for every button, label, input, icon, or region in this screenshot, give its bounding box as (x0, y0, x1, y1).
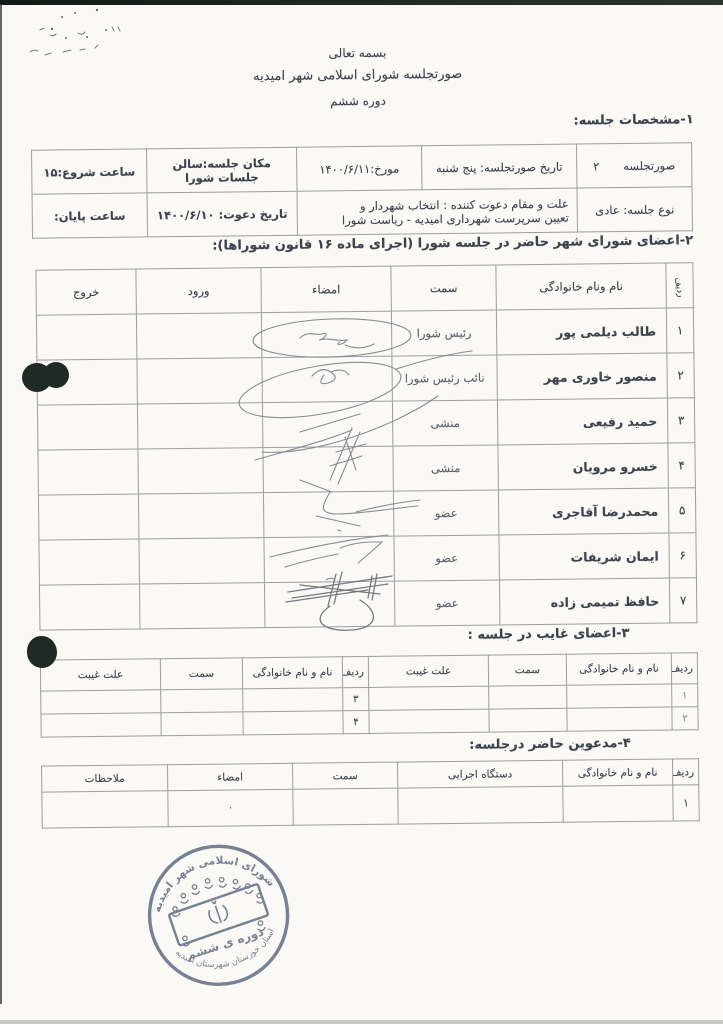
member-entry-cell (136, 313, 262, 359)
record-number: ۲ (593, 159, 599, 173)
end-time-cell: ساعت پایان: (32, 193, 147, 238)
member-exit-cell (37, 404, 138, 450)
col-exit: خروج (36, 269, 137, 315)
invite-reason-line2: تعیین سرپرست شهرداری امیدیه - ریاست شورا (302, 210, 569, 227)
present-members-table: ردیف نام ونام خانوادگی سمت امضاء ورود خر… (35, 262, 697, 630)
col-full-name: نام و نام خانوادگی (562, 759, 672, 786)
member-no: ۵ (668, 488, 696, 533)
col-agency: دستگاه اجرایی (398, 760, 563, 788)
member-position: عضو (394, 580, 500, 626)
member-name: ایمان شریفات (499, 533, 669, 580)
member-exit-cell (39, 584, 140, 630)
member-entry-cell (137, 358, 263, 404)
member-entry-cell (138, 448, 264, 494)
absent-position-cell (489, 685, 567, 709)
record-cell: صورتجلسه ۲ (577, 143, 692, 188)
member-position: منشی (393, 445, 499, 491)
absent-no: ۲ (672, 707, 698, 730)
document-term: دوره ششم (0, 90, 720, 112)
bismillah-text: بسمه تعالی (0, 42, 719, 64)
col-signature: امضاء (261, 266, 392, 312)
members-header-row: ردیف نام ونام خانوادگی سمت امضاء ورود خر… (36, 263, 693, 315)
member-no: ۳ (667, 398, 695, 443)
member-no: ۲ (667, 353, 695, 398)
record-label: صورتجلسه (623, 158, 675, 173)
member-no: ۱ (666, 308, 694, 353)
guest-no: ۱ (673, 785, 699, 821)
col-entry: ورود (136, 268, 262, 314)
col-absence-reason: علت غیبت (40, 659, 160, 691)
absent-no: ۳ (343, 687, 369, 710)
member-signature-cell (264, 536, 395, 582)
member-position: رئیس شورا (391, 310, 497, 356)
guests-table: ردیف نام و نام خانوادگی دستگاه اجرایی سم… (41, 758, 700, 828)
dated-cell: مورخ:۱۴۰۰/۶/۱۱ (297, 146, 422, 191)
member-name: طالب دیلمی پور (496, 308, 666, 355)
member-signature-cell (264, 581, 395, 627)
member-name: منصور خاوری مهر (497, 353, 667, 400)
member-position: عضو (394, 535, 500, 581)
guest-position-cell (293, 788, 398, 825)
guest-agency-cell (398, 786, 563, 824)
col-full-name: نام و نام خانوادگی (242, 657, 342, 689)
guest-notes-cell (42, 791, 168, 828)
absent-reason-cell (369, 709, 489, 733)
member-row: ۱ طالب دیلمی پور رئیس شورا (36, 308, 693, 360)
member-position: عضو (393, 490, 499, 536)
col-full-name: نام ونام خانوادگی (496, 263, 666, 310)
member-name: خسرو مرویان (498, 443, 668, 490)
member-position: نائب رئیس شورا (392, 355, 498, 401)
absent-name-cell (567, 684, 672, 708)
ink-blot (27, 636, 57, 668)
section-2-title: ۲-اعضای شورای شهر حاضر در جلسه شورا (اجر… (212, 233, 693, 253)
section-3-title: ۳-اعضای غایب در جلسه : (468, 626, 630, 643)
member-exit-cell (39, 539, 140, 585)
col-notes: ملاحظات (42, 765, 168, 792)
member-signature-cell (261, 311, 392, 357)
member-signature-cell (262, 401, 393, 447)
member-name: حمید رفیعی (497, 398, 667, 445)
member-row: ۵ محمدرضا آقاجری عضو (38, 488, 695, 540)
col-absence-reason: علت غیبت (368, 655, 488, 687)
iran-emblem-icon (205, 898, 230, 926)
invite-reason-cell: علت و مقام دعوت کننده : انتخاب شهردار و … (297, 188, 577, 235)
member-no: ۷ (669, 578, 697, 623)
meeting-info-table: صورتجلسه ۲ تاریخ صورتجلسه: پنج شنبه مورخ… (31, 142, 693, 238)
member-row: ۶ ایمان شریفات عضو (39, 533, 696, 585)
ink-blot (43, 362, 69, 388)
member-signature-cell (263, 491, 394, 537)
section-4-title: ۴-مدعوین حاضر درجلسه: (469, 736, 631, 753)
section-1-title: ۱-مشخصات جلسه: (573, 112, 693, 128)
document-title: صورتجلسه شورای اسلامی شهر امیدیه (0, 64, 719, 87)
col-signature: امضاء (168, 763, 293, 790)
absent-position-cell (161, 712, 243, 736)
absent-position-cell (161, 689, 243, 713)
col-row-number: ردیف (342, 656, 368, 687)
scanned-meeting-minutes-page: { "header": { "bismillah": "بسمه تعالی",… (0, 0, 723, 1024)
member-name: حافظ تمیمی زاده (499, 578, 669, 625)
member-signature-cell (262, 356, 393, 402)
guest-signature-cell: · (168, 789, 293, 826)
col-position: سمت (488, 654, 566, 686)
member-exit-cell (36, 314, 137, 360)
col-row-number: ردیف (672, 759, 698, 785)
absent-name-cell (243, 688, 343, 712)
svg-text:شورای اسلامی شهر امیدیه: شورای اسلامی شهر امیدیه (142, 842, 278, 916)
member-row: ۳ حمید رفیعی منشی (37, 398, 694, 450)
absent-no: ۱ (672, 684, 698, 707)
meeting-type-cell: نوع جلسه: عادی (577, 187, 692, 232)
col-position: سمت (391, 265, 497, 311)
absent-position-cell (489, 708, 567, 732)
member-entry-cell (137, 403, 263, 449)
member-name: محمدرضا آقاجری (498, 488, 668, 535)
scan-edge-top (0, 0, 723, 5)
member-row: ۴ خسرو مرویان منشی (38, 443, 695, 495)
col-position: سمت (293, 762, 398, 789)
absent-name-cell (567, 707, 672, 731)
member-exit-cell (38, 494, 139, 540)
member-exit-cell (38, 449, 139, 495)
member-entry-cell (139, 538, 265, 584)
member-entry-cell (138, 493, 264, 539)
absent-no: ۴ (343, 710, 369, 733)
absent-members-table: ردیف نام و نام خانوادگی سمت علت غیبت ردی… (40, 652, 699, 737)
start-time-cell: ساعت شروع:۱۵ (32, 149, 147, 194)
col-full-name: نام و نام خانوادگی (566, 653, 671, 685)
session-date-cell: تاریخ صورتجلسه: پنج شنبه (422, 144, 577, 190)
absent-reason-cell (41, 713, 161, 737)
stamp-arc-top-text: شورای اسلامی شهر امیدیه (142, 842, 278, 916)
guest-row: ۱ · (42, 785, 699, 828)
col-row-number: ردیف (671, 653, 697, 684)
absent-name-cell (243, 711, 343, 735)
col-position: سمت (160, 658, 242, 690)
absent-reason-cell (41, 690, 161, 714)
document-sheet: بسمه تعالی صورتجلسه شورای اسلامی شهر امی… (0, 0, 723, 1024)
invite-date-cell: تاریخ دعوت: ۱۴۰۰/۶/۱۰ (147, 191, 297, 237)
member-entry-cell (139, 583, 265, 629)
col-row-number: ردیف (666, 263, 694, 308)
member-no: ۴ (668, 443, 696, 488)
member-row: ۷ حافظ تمیمی زاده عضو (39, 578, 696, 630)
guest-name-cell (563, 785, 673, 822)
member-no: ۶ (669, 533, 697, 578)
scan-edge-left (0, 4, 2, 1004)
member-row: ۲ منصور خاوری مهر نائب رئیس شورا (37, 353, 694, 405)
location-cell: مکان جلسه:سالن جلسات شورا (147, 147, 297, 193)
member-signature-cell (263, 446, 394, 492)
scan-edge-bottom (0, 1020, 723, 1024)
member-position: منشی (392, 400, 498, 446)
absent-reason-cell (369, 686, 489, 710)
